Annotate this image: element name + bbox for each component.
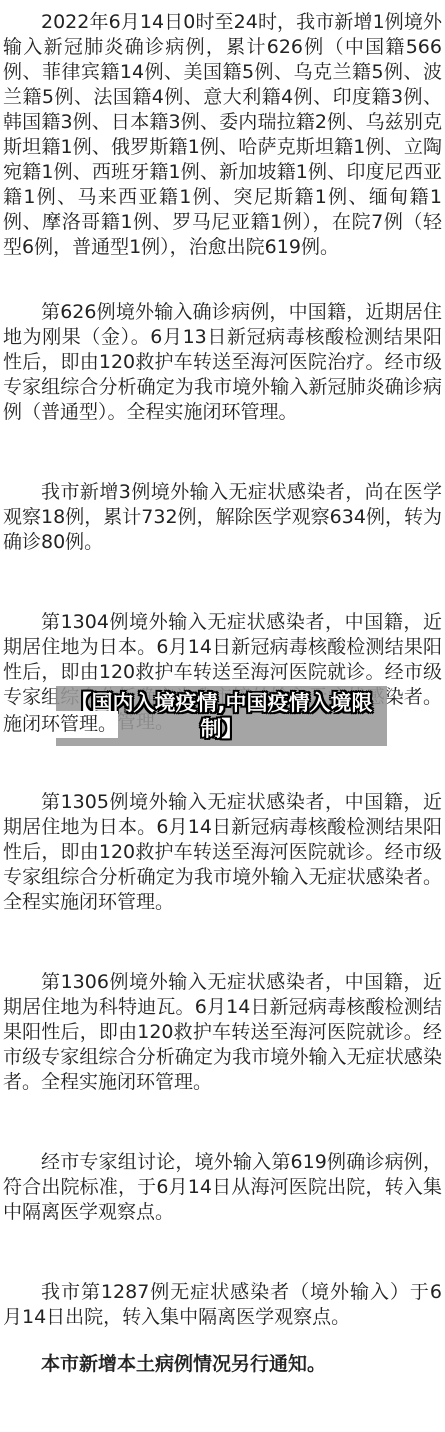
text-patch: 施闭环管理。	[0, 711, 118, 738]
paragraph: 2022年6月14日0时至24时，我市新增1例境外输入新冠肺炎确诊病例，累计62…	[3, 10, 442, 260]
article-page: 2022年6月14日0时至24时，我市新增1例境外输入新冠肺炎确诊病例，累计62…	[0, 0, 445, 1432]
paragraph: 我市第1287例无症状感染者（境外输入）于6月14日出院，转入集中隔离医学观察点…	[3, 1280, 442, 1330]
paragraph: 第626例境外输入确诊病例，中国籍，近期居住地为刚果（金）。6月13日新冠病毒核…	[3, 300, 442, 425]
paragraph: 第1305例境外输入无症状感染者，中国籍，近期居住地为日本。6月14日新冠病毒核…	[3, 790, 442, 915]
paragraph: 第1306例境外输入无症状感染者，中国籍，近期居住地为科特迪瓦。6月14日新冠病…	[3, 970, 442, 1095]
paragraph-bold-notice: 本市新增本土病例情况另行通知。	[3, 1352, 442, 1377]
paragraph: 经市专家组讨论，境外输入第619例确诊病例，符合出院标准，于6月14日从海河医院…	[3, 1150, 442, 1225]
paragraph: 我市新增3例境外输入无症状感染者，尚在医学观察18例，累计732例，解除医学观察…	[3, 480, 442, 555]
